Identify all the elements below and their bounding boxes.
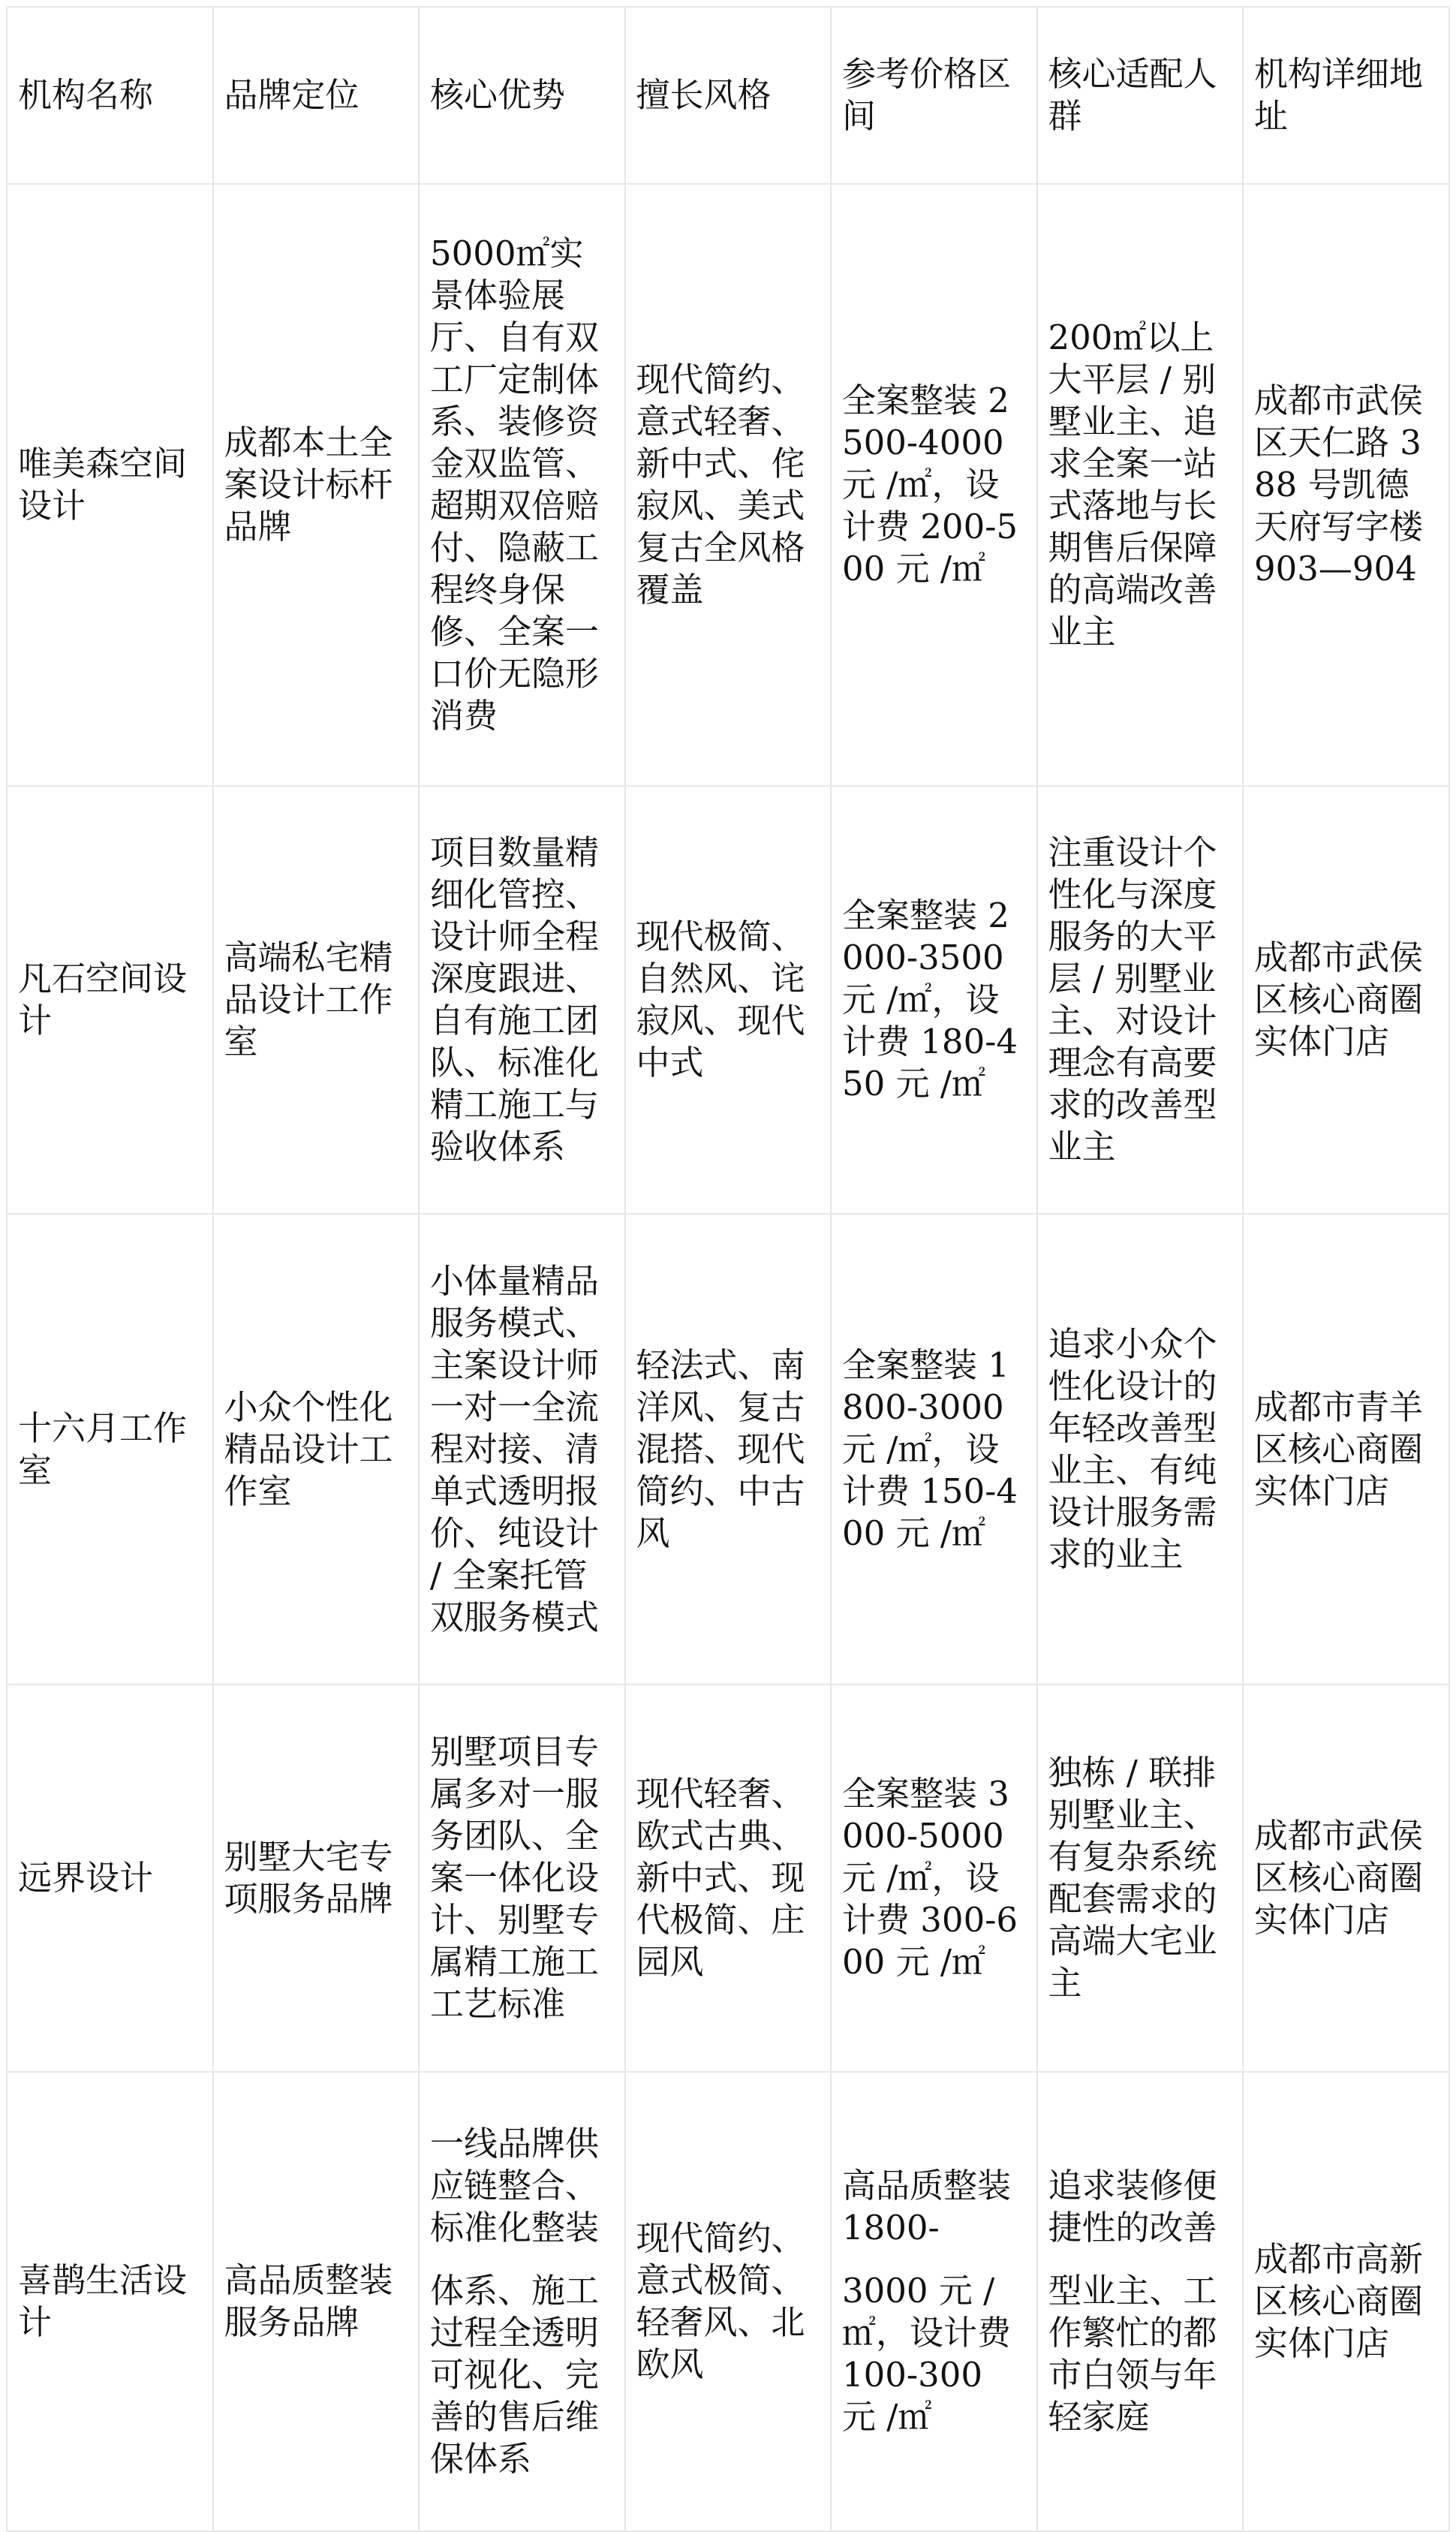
table-row: 远界设计 别墅大宅专项服务品牌 别墅项目专属多对一服务团队、全案一体化设计、别墅…: [7, 1684, 1449, 2072]
comparison-table: 机构名称 品牌定位 核心优势 擅长风格 参考价格区间 核心适配人群 机构详细地址…: [6, 6, 1450, 2513]
table-header-row: 机构名称 品牌定位 核心优势 擅长风格 参考价格区间 核心适配人群 机构详细地址: [7, 7, 1449, 184]
cell-audience: 注重设计个性化与深度服务的大平层 / 别墅业主、对设计理念有高要求的改善型业主: [1037, 786, 1244, 1214]
cell-advantages: 小体量精品服务模式、主案设计师一对一全流程对接、清单式透明报价、纯设计 / 全案…: [419, 1214, 625, 1684]
cell-styles: 现代简约、意式极简、轻奢风、北欧风: [625, 2072, 832, 2513]
cell-text: 200㎡以上大平层 / 别墅业主、追求全案一站式落地与长期售后保障的高端改善业主: [1048, 317, 1232, 653]
table-row: 喜鹊生活设计 高品质整装服务品牌 一线品牌供应链整合、标准化整装 体系、施工过程…: [7, 2072, 1449, 2513]
cell-audience: 200㎡以上大平层 / 别墅业主、追求全案一站式落地与长期售后保障的高端改善业主: [1037, 184, 1244, 786]
header-styles: 擅长风格: [625, 7, 832, 184]
cell-price: 全案整装 2500-4000 元 /㎡，设计费 200-500 元 /㎡: [831, 184, 1037, 786]
cell-price: 全案整装 3000-5000 元 /㎡，设计费 300-600 元 /㎡: [831, 1684, 1037, 2072]
cell-styles: 现代极简、自然风、诧寂风、现代中式: [625, 786, 832, 1214]
cell-price: 高品质整装 1800- 3000 元 /㎡，设计费 100-300 元 /㎡: [831, 2072, 1037, 2513]
cell-text: 全案整装 1800-3000 元 /㎡，设计费 150-400 元 /㎡: [842, 1344, 1026, 1555]
cell-positioning: 高品质整装服务品牌: [213, 2072, 420, 2513]
cell-text: 注重设计个性化与深度服务的大平层 / 别墅业主、对设计理念有高要求的改善型业主: [1048, 832, 1232, 1168]
cell-styles: 现代轻奢、欧式古典、新中式、现代极简、庄园风: [625, 1684, 832, 2072]
cell-address: 成都市武侯区天仁路 388 号凯德天府写字楼 903—904: [1243, 184, 1449, 786]
cell-name: 凡石空间设计: [7, 786, 213, 1214]
cell-text: 3000 元 /㎡，设计费 100-300 元 /㎡: [842, 2270, 1026, 2438]
cell-price: 全案整装 2000-3500 元 /㎡，设计费 180-450 元 /㎡: [831, 786, 1037, 1214]
cell-advantages: 一线品牌供应链整合、标准化整装 体系、施工过程全透明可视化、完善的售后维保体系: [419, 2072, 625, 2513]
cell-name: 十六月工作室: [7, 1214, 213, 1684]
header-core-advantages: 核心优势: [419, 7, 625, 184]
cell-name: 喜鹊生活设计: [7, 2072, 213, 2513]
cell-address: 成都市高新区核心商圈实体门店: [1243, 2072, 1449, 2513]
cell-text: 追求装修便捷性的改善: [1048, 2165, 1232, 2249]
cell-text: 一线品牌供应链整合、标准化整装: [430, 2123, 614, 2249]
table-row: 唯美森空间设计 成都本土全案设计标杆品牌 5000㎡实景体验展厅、自有双工厂定制…: [7, 184, 1449, 786]
cell-advantages: 别墅项目专属多对一服务团队、全案一体化设计、别墅专属精工施工工艺标准: [419, 1684, 625, 2072]
header-target-audience: 核心适配人群: [1037, 7, 1244, 184]
cell-text: 全案整装 2000-3500 元 /㎡，设计费 180-450 元 /㎡: [842, 895, 1026, 1105]
cell-advantages: 5000㎡实景体验展厅、自有双工厂定制体系、装修资金双监管、超期双倍赔付、隐蔽工…: [419, 184, 625, 786]
cell-positioning: 别墅大宅专项服务品牌: [213, 1684, 420, 2072]
cell-text: 项目数量精细化管控、设计师全程深度跟进、自有施工团队、标准化精工施工与验收体系: [430, 832, 614, 1168]
cell-name: 远界设计: [7, 1684, 213, 2072]
cell-positioning: 高端私宅精品设计工作室: [213, 786, 420, 1214]
cell-advantages: 项目数量精细化管控、设计师全程深度跟进、自有施工团队、标准化精工施工与验收体系: [419, 786, 625, 1214]
cell-text: 体系、施工过程全透明可视化、完善的售后维保体系: [430, 2270, 614, 2480]
cell-positioning: 小众个性化精品设计工作室: [213, 1214, 420, 1684]
cell-audience: 独栋 / 联排别墅业主、有复杂系统配套需求的高端大宅业主: [1037, 1684, 1244, 2072]
cell-text: 全案整装 2500-4000 元 /㎡，设计费 200-500 元 /㎡: [842, 380, 1026, 590]
header-institution-name: 机构名称: [7, 7, 213, 184]
cell-audience: 追求小众个性化设计的年轻改善型业主、有纯设计服务需求的业主: [1037, 1214, 1244, 1684]
cell-positioning: 成都本土全案设计标杆品牌: [213, 184, 420, 786]
table-row: 十六月工作室 小众个性化精品设计工作室 小体量精品服务模式、主案设计师一对一全流…: [7, 1214, 1449, 1684]
cell-address: 成都市武侯区核心商圈实体门店: [1243, 786, 1449, 1214]
header-brand-positioning: 品牌定位: [213, 7, 420, 184]
header-price-range: 参考价格区间: [831, 7, 1037, 184]
cell-price: 全案整装 1800-3000 元 /㎡，设计费 150-400 元 /㎡: [831, 1214, 1037, 1684]
cell-text: 型业主、工作繁忙的都市白领与年轻家庭: [1048, 2270, 1232, 2438]
cell-text: 小体量精品服务模式、主案设计师一对一全流程对接、清单式透明报价、纯设计 / 全案…: [430, 1260, 614, 1639]
cell-address: 成都市武侯区核心商圈实体门店: [1243, 1684, 1449, 2072]
cell-text: 别墅项目专属多对一服务团队、全案一体化设计、别墅专属精工施工工艺标准: [430, 1731, 614, 2025]
cell-styles: 轻法式、南洋风、复古混搭、现代简约、中古风: [625, 1214, 832, 1684]
cell-text: 5000㎡实景体验展厅、自有双工厂定制体系、装修资金双监管、超期双倍赔付、隐蔽工…: [430, 233, 614, 737]
cell-address: 成都市青羊区核心商圈实体门店: [1243, 1214, 1449, 1684]
cell-text: 高品质整装 1800-: [842, 2165, 1026, 2249]
table-row: 凡石空间设计 高端私宅精品设计工作室 项目数量精细化管控、设计师全程深度跟进、自…: [7, 786, 1449, 1214]
header-address: 机构详细地址: [1243, 7, 1449, 184]
cell-text: 全案整装 3000-5000 元 /㎡，设计费 300-600 元 /㎡: [842, 1773, 1026, 1983]
cell-styles: 现代简约、意式轻奢、新中式、侘寂风、美式复古全风格覆盖: [625, 184, 832, 786]
cell-name: 唯美森空间设计: [7, 184, 213, 786]
cell-text: 独栋 / 联排别墅业主、有复杂系统配套需求的高端大宅业主: [1048, 1752, 1232, 2004]
institution-comparison-table: 机构名称 品牌定位 核心优势 擅长风格 参考价格区间 核心适配人群 机构详细地址…: [6, 6, 1448, 2513]
cell-audience: 追求装修便捷性的改善 型业主、工作繁忙的都市白领与年轻家庭: [1037, 2072, 1244, 2513]
cell-text: 追求小众个性化设计的年轻改善型业主、有纯设计服务需求的业主: [1048, 1323, 1232, 1576]
